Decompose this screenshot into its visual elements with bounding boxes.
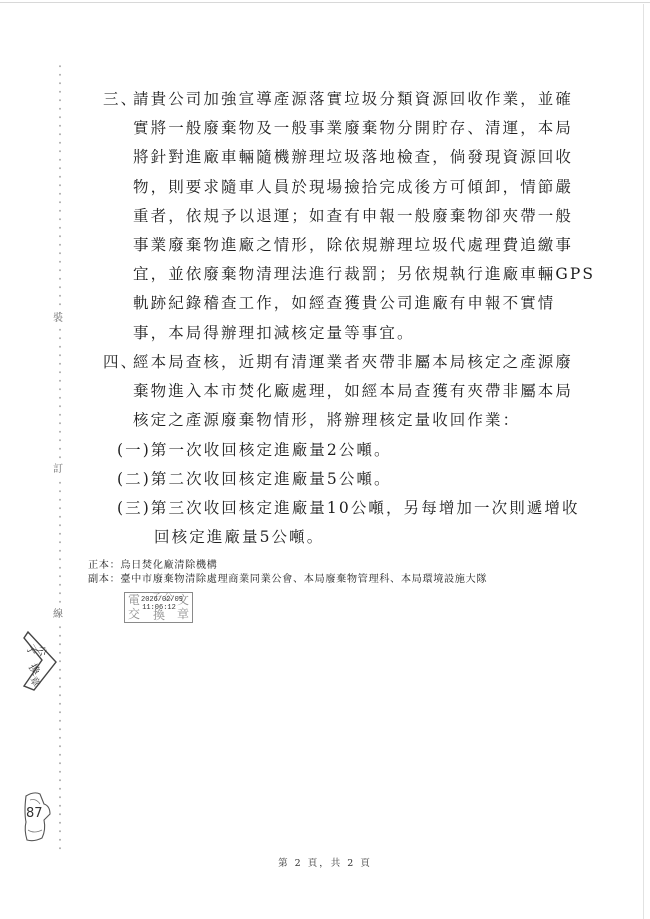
electronic-exchange-stamp: 電 子 公 文 交 換 章 2026/02/09 11:06:12 — [124, 592, 193, 623]
text-line: 經本局查核，近期有清運業者夾帶非屬本局核定之產源廢 — [103, 348, 563, 377]
text-line: (一)第一次收回核定進廠量2公噸。 — [117, 436, 567, 465]
original-recipient: 正本：烏日焚化廠清除機構 — [88, 559, 487, 573]
text-line: 事，本局得辦理扣減核定量等事宜。 — [103, 319, 563, 348]
top-edge-rule — [0, 2, 650, 3]
page-footer: 第 2 頁，共 2 頁 — [0, 855, 650, 869]
binding-dotted-line — [58, 62, 62, 852]
text-line: 軌跡紀錄稽查工作，如經查獲貴公司進廠有申報不實情 — [103, 289, 563, 318]
text-line: 請貴公司加強宣導產源落實垃圾分類資源回收作業，並確 — [103, 85, 563, 114]
text-line: 物，則要求隨車人員於現場撿拾完成後方可傾卸，情節嚴 — [103, 173, 563, 202]
text-line: (二)第二次收回核定進廠量5公噸。 — [117, 465, 567, 494]
text-line: 核定之產源廢棄物情形，將辦理核定量收回作業： — [103, 406, 563, 435]
svg-text:章: 章 — [27, 674, 43, 689]
text-line: 重者，依規予以退運；如查有申報一般廢棄物卻夾帶一般 — [103, 202, 563, 231]
stamp-char: 交 — [128, 608, 140, 621]
section-3: 三、 請貴公司加強宣導產源落實垃圾分類資源回收作業，並確 實將一般廢棄物及一般事… — [103, 85, 563, 348]
perforation-seal-icon: 子 公 換 章 — [20, 630, 58, 692]
text-line: 宜，並依廢棄物清理法進行裁罰；另依規執行進廠車輛GPS — [103, 260, 563, 289]
binding-label-xian: 線 — [53, 609, 63, 621]
binding-label-ding: 訂 — [53, 464, 63, 476]
text-line: (三)第三次收回核定進廠量10公噸，另每增加一次則遞增收 — [117, 494, 567, 523]
sub-item-1: (一)第一次收回核定進廠量2公噸。 — [117, 436, 567, 465]
right-edge-rule — [643, 4, 644, 919]
stamp-char: 電 — [128, 594, 140, 607]
sub-item-3: (三)第三次收回核定進廠量10公噸，另每增加一次則遞增收 回核定進廠量5公噸。 — [117, 494, 567, 552]
stamp-date-value: 2026/02/09 — [141, 596, 177, 604]
text-line: 棄物進入本市焚化廠處理，如經本局查獲有夾帶非屬本局 — [103, 377, 563, 406]
stamp-time-value: 11:06:12 — [141, 604, 177, 612]
text-line: 將針對進廠車輛隨機辦理垃圾落地檢查，倘發現資源回收 — [103, 143, 563, 172]
stamp-date: 2026/02/09 11:06:12 — [141, 596, 177, 612]
page-seal-number: 87 — [26, 806, 43, 821]
section-number: 四、 — [103, 348, 138, 377]
stamp-char: 章 — [177, 608, 189, 621]
sub-item-2: (二)第二次收回核定進廠量5公噸。 — [117, 465, 567, 494]
text-line: 事業廢棄物進廠之情形，除依規辦理垃圾代處理費追繳事 — [103, 231, 563, 260]
section-number: 三、 — [103, 85, 138, 114]
binding-label-zhuang: 裝 — [53, 313, 63, 325]
recipients-block: 正本：烏日焚化廠清除機構 副本：臺中市廢棄物清除處理商業同業公會、本局廢棄物管理… — [88, 559, 487, 587]
copy-recipients: 副本：臺中市廢棄物清除處理商業同業公會、本局廢棄物管理科、本局環境設施大隊 — [88, 573, 487, 587]
text-line: 回核定進廠量5公噸。 — [117, 523, 567, 552]
text-line: 實將一般廢棄物及一般事業廢棄物分開貯存、清運，本局 — [103, 114, 563, 143]
section-4: 四、 經本局查核，近期有清運業者夾帶非屬本局核定之產源廢 棄物進入本市焚化廠處理… — [103, 348, 563, 436]
page-seal: 87 — [22, 790, 52, 844]
